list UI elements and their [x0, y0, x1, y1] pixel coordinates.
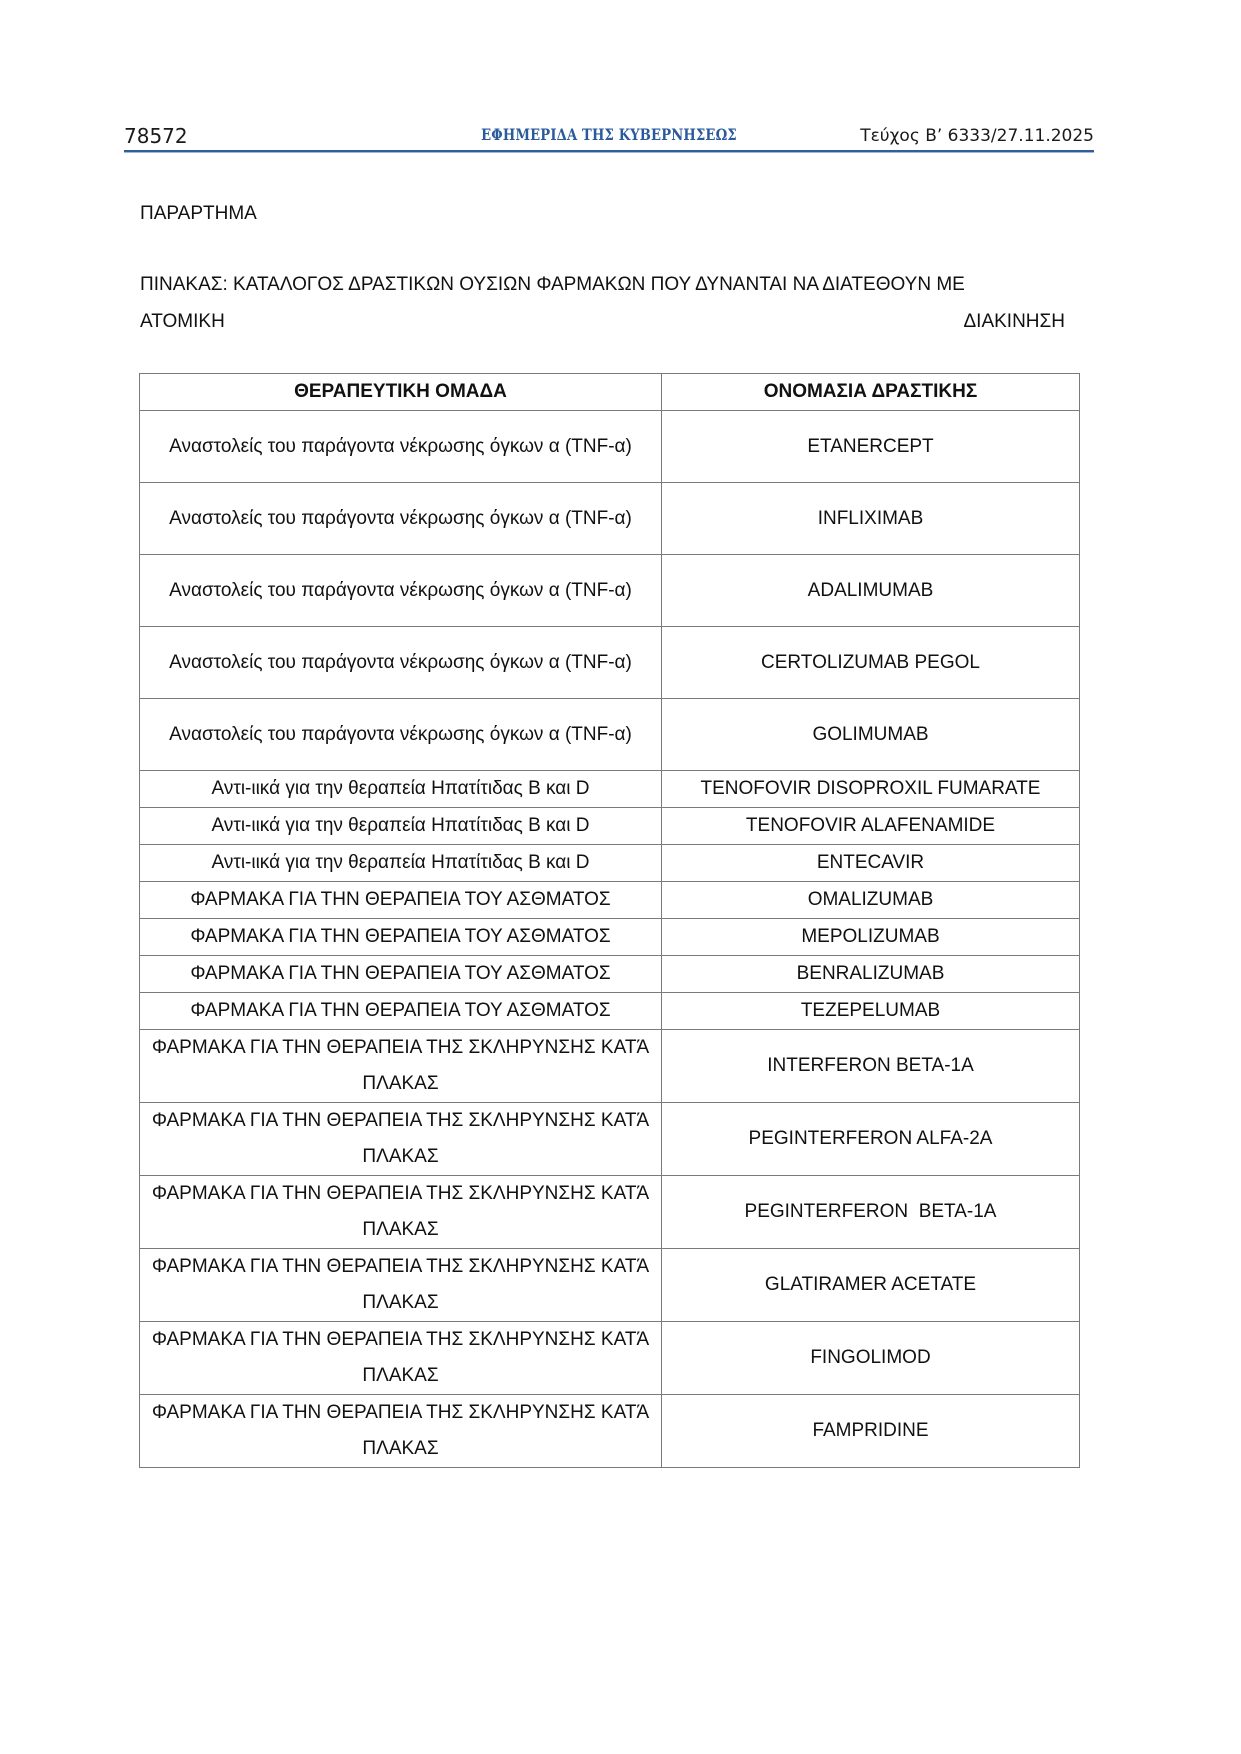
substance-name-cell: ETANERCEPT [662, 411, 1080, 483]
therapeutic-group-cell: Αναστολείς του παράγοντα νέκρωσης όγκων … [140, 627, 662, 699]
substance-name-cell: MEPOLIZUMAB [662, 919, 1080, 956]
table-row: ΦΑΡΜΑΚΑ ΓΙΑ ΤΗΝ ΘΕΡΑΠΕΙΑ ΤΟΥ ΑΣΘΜΑΤΟΣOMA… [140, 882, 1080, 919]
substance-name-cell: CERTOLIZUMAB PEGOL [662, 627, 1080, 699]
therapeutic-group-cell: Αντι-ιικά για την θεραπεία Ηπατίτιδας Β … [140, 808, 662, 845]
substance-name-cell: BENRALIZUMAB [662, 956, 1080, 993]
annex-title: ΠΑΡΑΡΤΗΜΑ [140, 203, 257, 225]
table-body: Αναστολείς του παράγοντα νέκρωσης όγκων … [140, 411, 1080, 1468]
substance-name-cell: PEGINTERFERON BETA-1A [662, 1176, 1080, 1249]
substances-table: ΘΕΡΑΠΕΥΤΙΚΗ ΟΜΑΔΑ ΟΝΟΜΑΣΙΑ ΔΡΑΣΤΙΚΗΣ Ανα… [139, 373, 1080, 1468]
table-row: Αντι-ιικά για την θεραπεία Ηπατίτιδας Β … [140, 771, 1080, 808]
therapeutic-group-cell: Αντι-ιικά για την θεραπεία Ηπατίτιδας Β … [140, 845, 662, 882]
table-row: ΦΑΡΜΑΚΑ ΓΙΑ ΤΗΝ ΘΕΡΑΠΕΙΑ ΤΗΣ ΣΚΛΗΡΥΝΣΗΣ … [140, 1249, 1080, 1322]
therapeutic-group-cell: Αναστολείς του παράγοντα νέκρωσης όγκων … [140, 555, 662, 627]
therapeutic-group-cell: ΦΑΡΜΑΚΑ ΓΙΑ ΤΗΝ ΘΕΡΑΠΕΙΑ ΤΗΣ ΣΚΛΗΡΥΝΣΗΣ … [140, 1395, 662, 1468]
table-row: ΦΑΡΜΑΚΑ ΓΙΑ ΤΗΝ ΘΕΡΑΠΕΙΑ ΤΗΣ ΣΚΛΗΡΥΝΣΗΣ … [140, 1030, 1080, 1103]
therapeutic-group-cell: Αναστολείς του παράγοντα νέκρωσης όγκων … [140, 699, 662, 771]
therapeutic-group-cell: ΦΑΡΜΑΚΑ ΓΙΑ ΤΗΝ ΘΕΡΑΠΕΙΑ ΤΟΥ ΑΣΘΜΑΤΟΣ [140, 882, 662, 919]
therapeutic-group-cell: ΦΑΡΜΑΚΑ ΓΙΑ ΤΗΝ ΘΕΡΑΠΕΙΑ ΤΟΥ ΑΣΘΜΑΤΟΣ [140, 919, 662, 956]
therapeutic-group-cell: ΦΑΡΜΑΚΑ ΓΙΑ ΤΗΝ ΘΕΡΑΠΕΙΑ ΤΗΣ ΣΚΛΗΡΥΝΣΗΣ … [140, 1176, 662, 1249]
therapeutic-group-cell: ΦΑΡΜΑΚΑ ΓΙΑ ΤΗΝ ΘΕΡΑΠΕΙΑ ΤΗΣ ΣΚΛΗΡΥΝΣΗΣ … [140, 1103, 662, 1176]
table-row: Αναστολείς του παράγοντα νέκρωσης όγκων … [140, 555, 1080, 627]
header-rule [124, 150, 1094, 153]
table-row: Αντι-ιικά για την θεραπεία Ηπατίτιδας Β … [140, 845, 1080, 882]
caption-line-2-left: ΑΤΟΜΙΚΗ [140, 303, 225, 340]
caption-line-2: ΑΤΟΜΙΚΗ ΔΙΑΚΙΝΗΣΗ [140, 303, 1065, 340]
substance-name-cell: TEZEPELUMAB [662, 993, 1080, 1030]
therapeutic-group-cell: ΦΑΡΜΑΚΑ ΓΙΑ ΤΗΝ ΘΕΡΑΠΕΙΑ ΤΟΥ ΑΣΘΜΑΤΟΣ [140, 956, 662, 993]
therapeutic-group-cell: Αναστολείς του παράγοντα νέκρωσης όγκων … [140, 411, 662, 483]
therapeutic-group-cell: Αναστολείς του παράγοντα νέκρωσης όγκων … [140, 483, 662, 555]
caption-line-1: ΠΙΝΑΚΑΣ: ΚΑΤΑΛΟΓΟΣ ΔΡΑΣΤΙΚΩΝ ΟΥΣΙΩΝ ΦΑΡΜ… [140, 266, 1065, 303]
table-row: Αναστολείς του παράγοντα νέκρωσης όγκων … [140, 699, 1080, 771]
table-row: ΦΑΡΜΑΚΑ ΓΙΑ ΤΗΝ ΘΕΡΑΠΕΙΑ ΤΗΣ ΣΚΛΗΡΥΝΣΗΣ … [140, 1176, 1080, 1249]
table-row: ΦΑΡΜΑΚΑ ΓΙΑ ΤΗΝ ΘΕΡΑΠΕΙΑ ΤΟΥ ΑΣΘΜΑΤΟΣMEP… [140, 919, 1080, 956]
substance-name-cell: FAMPRIDINE [662, 1395, 1080, 1468]
substance-name-cell: ADALIMUMAB [662, 555, 1080, 627]
page-header: 78572 ΕΦΗΜΕΡΙΔΑ ΤΗΣ ΚΥΒΕΡΝΗΣΕΩΣ Τεύχος Β… [124, 120, 1094, 152]
table-caption: ΠΙΝΑΚΑΣ: ΚΑΤΑΛΟΓΟΣ ΔΡΑΣΤΙΚΩΝ ΟΥΣΙΩΝ ΦΑΡΜ… [140, 266, 1065, 340]
therapeutic-group-cell: ΦΑΡΜΑΚΑ ΓΙΑ ΤΗΝ ΘΕΡΑΠΕΙΑ ΤΟΥ ΑΣΘΜΑΤΟΣ [140, 993, 662, 1030]
page-number: 78572 [124, 124, 188, 148]
substance-name-cell: INFLIXIMAB [662, 483, 1080, 555]
issue-reference: Τεύχος Β’ 6333/27.11.2025 [860, 126, 1094, 146]
therapeutic-group-cell: ΦΑΡΜΑΚΑ ΓΙΑ ΤΗΝ ΘΕΡΑΠΕΙΑ ΤΗΣ ΣΚΛΗΡΥΝΣΗΣ … [140, 1030, 662, 1103]
substance-name-cell: TENOFOVIR DISOPROXIL FUMARATE [662, 771, 1080, 808]
substance-name-cell: GOLIMUMAB [662, 699, 1080, 771]
therapeutic-group-cell: Αντι-ιικά για την θεραπεία Ηπατίτιδας Β … [140, 771, 662, 808]
table-row: Αναστολείς του παράγοντα νέκρωσης όγκων … [140, 627, 1080, 699]
substance-name-cell: GLATIRAMER ACETATE [662, 1249, 1080, 1322]
substance-name-cell: PEGINTERFERON ALFA-2A [662, 1103, 1080, 1176]
table-row: ΦΑΡΜΑΚΑ ΓΙΑ ΤΗΝ ΘΕΡΑΠΕΙΑ ΤΗΣ ΣΚΛΗΡΥΝΣΗΣ … [140, 1395, 1080, 1468]
column-header-therapeutic-group: ΘΕΡΑΠΕΥΤΙΚΗ ΟΜΑΔΑ [140, 374, 662, 411]
column-header-substance-name: ΟΝΟΜΑΣΙΑ ΔΡΑΣΤΙΚΗΣ [662, 374, 1080, 411]
substance-name-cell: ENTECAVIR [662, 845, 1080, 882]
table-row: Αναστολείς του παράγοντα νέκρωσης όγκων … [140, 483, 1080, 555]
table-row: ΦΑΡΜΑΚΑ ΓΙΑ ΤΗΝ ΘΕΡΑΠΕΙΑ ΤΗΣ ΣΚΛΗΡΥΝΣΗΣ … [140, 1103, 1080, 1176]
caption-line-2-right: ΔΙΑΚΙΝΗΣΗ [963, 303, 1065, 340]
substance-name-cell: FINGOLIMOD [662, 1322, 1080, 1395]
table-row: ΦΑΡΜΑΚΑ ΓΙΑ ΤΗΝ ΘΕΡΑΠΕΙΑ ΤΗΣ ΣΚΛΗΡΥΝΣΗΣ … [140, 1322, 1080, 1395]
therapeutic-group-cell: ΦΑΡΜΑΚΑ ΓΙΑ ΤΗΝ ΘΕΡΑΠΕΙΑ ΤΗΣ ΣΚΛΗΡΥΝΣΗΣ … [140, 1322, 662, 1395]
table-header-row: ΘΕΡΑΠΕΥΤΙΚΗ ΟΜΑΔΑ ΟΝΟΜΑΣΙΑ ΔΡΑΣΤΙΚΗΣ [140, 374, 1080, 411]
substance-name-cell: TENOFOVIR ALAFENAMIDE [662, 808, 1080, 845]
table-row: Αναστολείς του παράγοντα νέκρωσης όγκων … [140, 411, 1080, 483]
table-row: ΦΑΡΜΑΚΑ ΓΙΑ ΤΗΝ ΘΕΡΑΠΕΙΑ ΤΟΥ ΑΣΘΜΑΤΟΣTEZ… [140, 993, 1080, 1030]
substance-name-cell: INTERFERON BETA-1A [662, 1030, 1080, 1103]
table-row: Αντι-ιικά για την θεραπεία Ηπατίτιδας Β … [140, 808, 1080, 845]
therapeutic-group-cell: ΦΑΡΜΑΚΑ ΓΙΑ ΤΗΝ ΘΕΡΑΠΕΙΑ ΤΗΣ ΣΚΛΗΡΥΝΣΗΣ … [140, 1249, 662, 1322]
substance-name-cell: OMALIZUMAB [662, 882, 1080, 919]
table-row: ΦΑΡΜΑΚΑ ΓΙΑ ΤΗΝ ΘΕΡΑΠΕΙΑ ΤΟΥ ΑΣΘΜΑΤΟΣBEN… [140, 956, 1080, 993]
